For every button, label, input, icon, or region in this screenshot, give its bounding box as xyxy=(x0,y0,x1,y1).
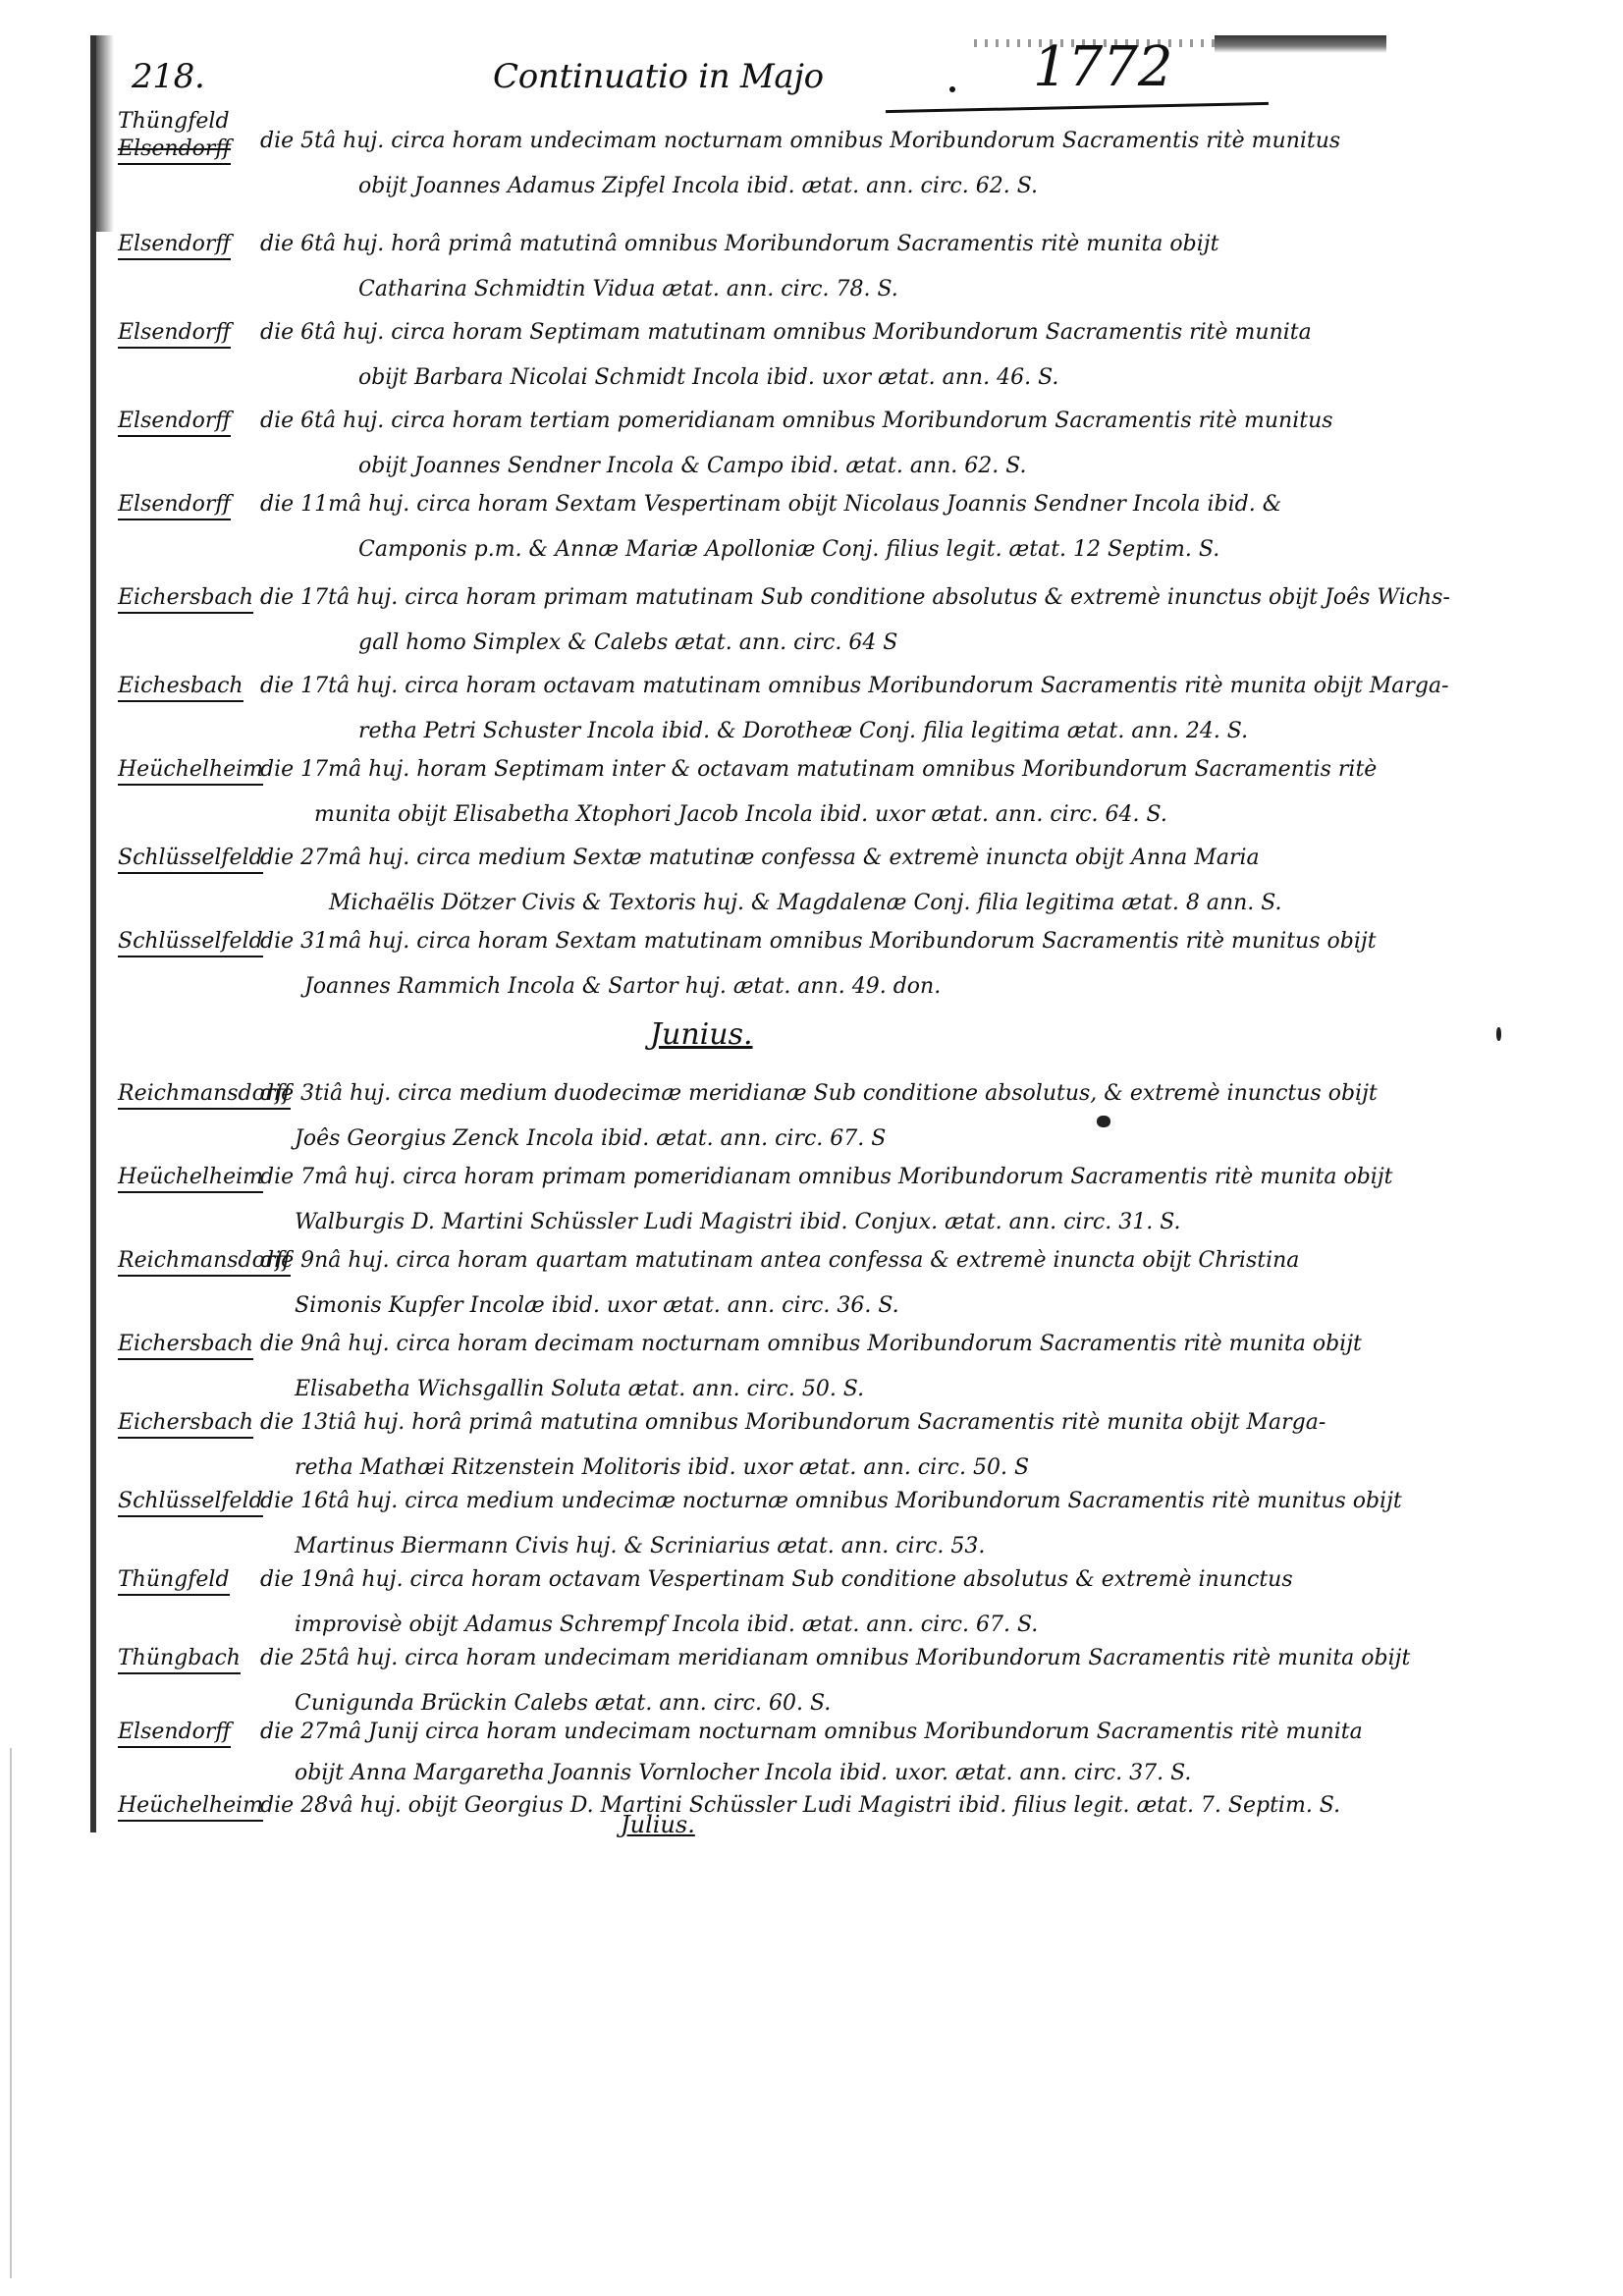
entry-line-1: die 6tâ huj. circa horam tertiam pomerid… xyxy=(260,409,1333,433)
entry-line-1: die 31mâ huj. circa horam Sextam matutin… xyxy=(260,929,1377,954)
entry-line-2: Catharina Schmidtin Vidua ætat. ann. cir… xyxy=(358,277,898,301)
month-heading-junius: Junius. xyxy=(650,1017,753,1052)
month-heading-julius: Julius. xyxy=(621,1811,695,1838)
entry-place: Elsendorff xyxy=(118,320,231,349)
entry-place: Elsendorff xyxy=(118,232,231,260)
entry-line-2: retha Petri Schuster Incola ibid. & Doro… xyxy=(358,719,1248,743)
entry-place: Eichersbach xyxy=(118,1410,253,1439)
entry-line-1: die 27mâ Junij circa horam undecimam noc… xyxy=(260,1720,1363,1744)
entry-line-2: retha Mathæi Ritzenstein Molitoris ibid.… xyxy=(295,1455,1029,1480)
entry-line-2: Walburgis D. Martini Schüssler Ludi Magi… xyxy=(295,1210,1181,1234)
entry-line-2: Simonis Kupfer Incolæ ibid. uxor ætat. a… xyxy=(295,1293,899,1318)
entry-line-1: die 7mâ huj. circa horam primam pomeridi… xyxy=(260,1165,1393,1189)
entry-line-1: die 17mâ huj. horam Septimam inter & oct… xyxy=(260,757,1377,782)
entry-line-2: Cunigunda Brückin Calebs ætat. ann. circ… xyxy=(295,1691,831,1716)
entry-line-2: Joês Georgius Zenck Incola ibid. ætat. a… xyxy=(295,1126,886,1151)
entry-line-2: obijt Joannes Sendner Incola & Campo ibi… xyxy=(358,454,1027,478)
entry-place: Eichersbach xyxy=(118,585,253,614)
scan-edge xyxy=(10,1748,12,2278)
entry-line-1: die 19nâ huj. circa horam octavam Vesper… xyxy=(260,1567,1293,1592)
entry-place: Schlüsselfeld xyxy=(118,846,263,874)
entry-line-1: die 17tâ huj. circa horam primam matutin… xyxy=(260,585,1450,610)
page-heading: Continuatio in Majo xyxy=(493,57,824,96)
entry-line-1: die 11mâ huj. circa horam Sextam Vespert… xyxy=(260,492,1281,517)
entry-line-2: obijt Anna Margaretha Joannis Vornlocher… xyxy=(295,1761,1191,1785)
entry-line-2: improvisè obijt Adamus Schrempf Incola i… xyxy=(295,1613,1038,1637)
entry-place: Heüchelheim xyxy=(118,1793,263,1822)
page-border-top xyxy=(1215,35,1386,53)
entry-line-1: die 5tâ huj. circa horam undecimam noctu… xyxy=(260,129,1340,153)
entry-line-2: Elisabetha Wichsgallin Soluta ætat. ann.… xyxy=(295,1377,864,1401)
entry-place: Eichesbach xyxy=(118,674,243,702)
entry-line-1: die 9nâ huj. circa horam decimam nocturn… xyxy=(260,1332,1362,1356)
entry-place: Eichersbach xyxy=(118,1332,253,1360)
entry-line-1: die 6tâ huj. circa horam Septimam matuti… xyxy=(260,320,1312,345)
entry-place: Heüchelheim xyxy=(118,757,263,786)
entry-line-2: obijt Barbara Nicolai Schmidt Incola ibi… xyxy=(358,365,1058,390)
entry-place: Heüchelheim xyxy=(118,1165,263,1193)
entry-line-2: Martinus Biermann Civis huj. & Scriniari… xyxy=(295,1534,985,1558)
entry-line-1: die 27mâ huj. circa medium Sextæ matutin… xyxy=(260,846,1260,870)
entry-line-1: die 16tâ huj. circa medium undecimæ noct… xyxy=(260,1489,1402,1513)
ink-mark xyxy=(1496,1027,1501,1041)
entry-line-1: die 25tâ huj. circa horam undecimam meri… xyxy=(260,1646,1410,1670)
entry-place: Elsendorff xyxy=(118,409,231,437)
page-border-left xyxy=(90,35,96,1832)
entry-line-2: gall homo Simplex & Calebs ætat. ann. ci… xyxy=(358,630,897,655)
entry-line-1: die 9nâ huj. circa horam quartam matutin… xyxy=(260,1248,1299,1273)
entry-line-2: Joannes Rammich Incola & Sartor huj. æta… xyxy=(304,974,941,999)
heading-rule xyxy=(886,102,1269,113)
entry-place: Schlüsselfeld xyxy=(118,929,263,957)
entry-place: Thüngfeld xyxy=(118,109,230,136)
page-number: 218. xyxy=(132,57,205,96)
entry-line-2: munita obijt Elisabetha Xtophori Jacob I… xyxy=(314,802,1167,827)
entry-place: Schlüsselfeld xyxy=(118,1489,263,1517)
entry-line-2: Camponis p.m. & Annæ Mariæ Apolloniæ Con… xyxy=(358,537,1219,562)
page-year: 1772 xyxy=(1033,35,1173,99)
entry-line-1: die 3tiâ huj. circa medium duodecimæ mer… xyxy=(260,1081,1378,1106)
ink-blot xyxy=(1097,1116,1110,1127)
register-page: 218. Continuatio in Majo 1772 Thüngfeld … xyxy=(90,35,1298,1832)
entry-line-1: die 28vâ huj. obijt Georgius D. Martini … xyxy=(260,1793,1340,1818)
entry-line-1: die 13tiâ huj. horâ primâ matutina omnib… xyxy=(260,1410,1325,1435)
entry-place: Thüngfeld xyxy=(118,1567,230,1596)
ink-dot xyxy=(949,86,955,92)
entry-line-1: die 6tâ huj. horâ primâ matutinâ omnibus… xyxy=(260,232,1218,256)
entry-place: Elsendorff xyxy=(118,1720,231,1748)
entry-line-2: Michaëlis Dötzer Civis & Textoris huj. &… xyxy=(329,891,1282,915)
entry-place-struck: Elsendorff xyxy=(118,137,231,165)
entry-place: Elsendorff xyxy=(118,492,231,520)
entry-place: Thüngbach xyxy=(118,1646,241,1674)
entry-line-2: obijt Joannes Adamus Zipfel Incola ibid.… xyxy=(358,174,1038,198)
entry-line-1: die 17tâ huj. circa horam octavam matuti… xyxy=(260,674,1449,698)
